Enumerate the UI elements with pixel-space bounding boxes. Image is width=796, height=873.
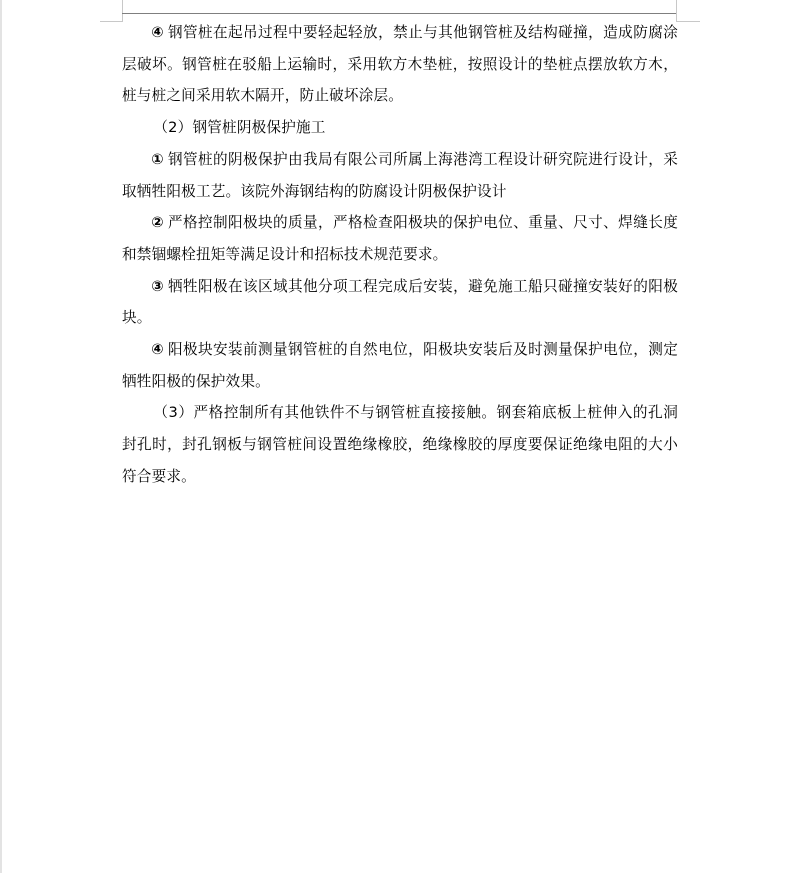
paragraph-item-1: ①钢管桩的阴极保护由我局有限公司所属上海港湾工程设计研究院进行设计，采取牺牲阳极… (122, 144, 678, 207)
section-heading-cathodic-protection: （2）钢管桩阴极保护施工 (122, 112, 678, 144)
header-rule (122, 13, 676, 14)
crop-mark-top-right-horizontal (676, 21, 700, 22)
list-marker: ④ (151, 341, 164, 358)
paragraph-text: （3）严格控制所有其他铁件不与钢管桩直接接触。钢套箱底板上桩伸入的孔洞封孔时，封… (122, 404, 678, 484)
list-marker: ② (151, 214, 164, 231)
section-heading-text: （2）钢管桩阴极保护施工 (153, 119, 325, 136)
document-page[interactable]: ④钢管桩在起吊过程中要轻起轻放，禁止与其他钢管桩及结构碰撞，造成防腐涂层破坏。钢… (2, 0, 796, 873)
list-marker: ④ (151, 24, 164, 41)
crop-mark-top-left-horizontal (100, 21, 123, 22)
paragraph-text: 牺牲阳极在该区域其他分项工程完成后安装，避免施工船只碰撞安装好的阳极块。 (122, 278, 678, 327)
list-marker: ③ (151, 278, 164, 295)
paragraph-section-3: （3）严格控制所有其他铁件不与钢管桩直接接触。钢套箱底板上桩伸入的孔洞封孔时，封… (122, 397, 678, 492)
list-marker: ① (151, 151, 164, 168)
paragraph-text: 钢管桩在起吊过程中要轻起轻放，禁止与其他钢管桩及结构碰撞，造成防腐涂层破坏。钢管… (122, 24, 678, 104)
paragraph-text: 阳极块安装前测量钢管桩的自然电位，阳极块安装后及时测量保护电位，测定牺牲阳极的保… (122, 341, 678, 390)
paragraph-item-2: ②严格控制阳极块的质量，严格检查阳极块的保护电位、重量、尺寸、焊缝长度和禁锢螺栓… (122, 207, 678, 270)
document-body[interactable]: ④钢管桩在起吊过程中要轻起轻放，禁止与其他钢管桩及结构碰撞，造成防腐涂层破坏。钢… (122, 17, 678, 493)
paragraph-item-4-handling: ④钢管桩在起吊过程中要轻起轻放，禁止与其他钢管桩及结构碰撞，造成防腐涂层破坏。钢… (122, 17, 678, 112)
paragraph-item-3: ③牺牲阳极在该区域其他分项工程完成后安装，避免施工船只碰撞安装好的阳极块。 (122, 271, 678, 334)
paragraph-text: 严格控制阳极块的质量，严格检查阳极块的保护电位、重量、尺寸、焊缝长度和禁锢螺栓扭… (122, 214, 678, 263)
paragraph-item-4: ④阳极块安装前测量钢管桩的自然电位，阳极块安装后及时测量保护电位，测定牺牲阳极的… (122, 334, 678, 397)
paragraph-text: 钢管桩的阴极保护由我局有限公司所属上海港湾工程设计研究院进行设计，采取牺牲阳极工… (122, 151, 678, 200)
